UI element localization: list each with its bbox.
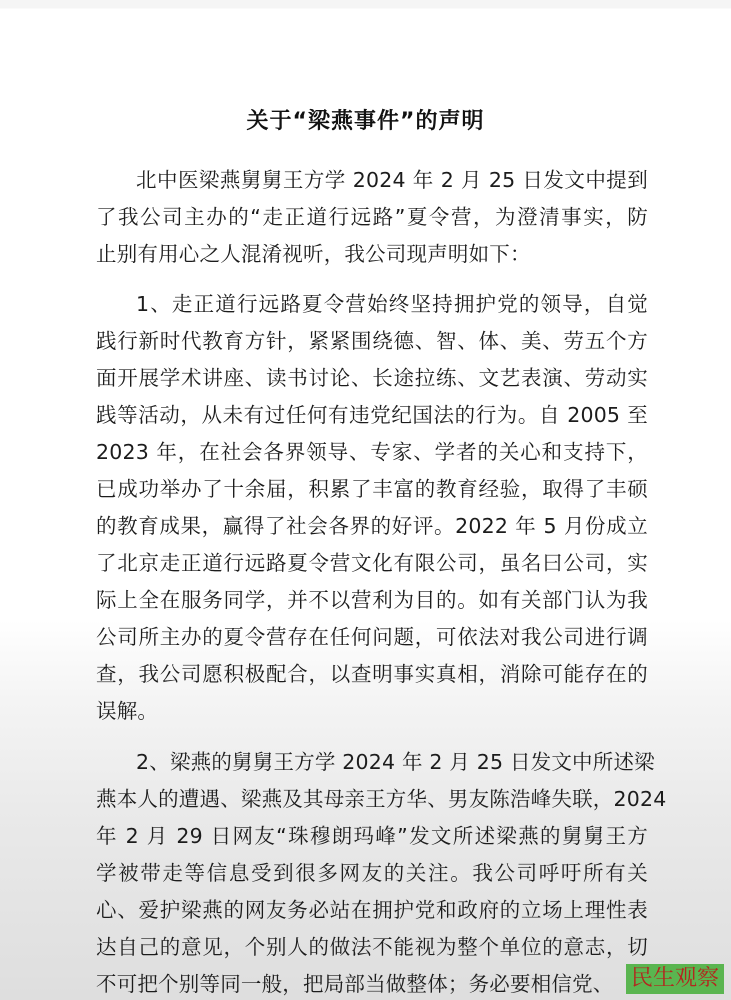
intro-line: 止别有用心之人混淆视听，我公司现声明如下： — [96, 236, 648, 273]
paragraph-line: 2023 年，在社会各界领导、专家、学者的关心和支持下， — [96, 434, 648, 471]
paragraph-line: 年 2 月 29 日网友“珠穆朗玛峰”发文所述梁燕的舅舅王方 — [96, 818, 648, 855]
intro-line: 了我公司主办的“走正道行远路”夏令营，为澄清事实，防 — [96, 199, 648, 236]
paragraph-2: 2、梁燕的舅舅王方学 2024 年 2 月 25 日发文中所述梁 燕本人的遭遇、… — [96, 744, 648, 1000]
paragraph-line: 了北京走正道行远路夏令营文化有限公司，虽名曰公司，实 — [96, 545, 648, 582]
paragraph-line: 燕本人的遭遇、梁燕及其母亲王方华、男友陈浩峰失联，2024 — [96, 781, 648, 818]
paragraph-line: 1、走正道行远路夏令营始终坚持拥护党的领导，自觉 — [96, 286, 648, 323]
paragraph-line: 心、爱护梁燕的网友务必站在拥护党和政府的立场上理性表 — [96, 892, 648, 929]
paragraph-line: 践等活动，从未有过任何有违党纪国法的行为。自 2005 至 — [96, 397, 648, 434]
paragraph-line: 误解。 — [96, 693, 648, 730]
intro-paragraph: 北中医梁燕舅舅王方学 2024 年 2 月 25 日发文中提到 了我公司主办的“… — [96, 162, 648, 273]
document-page: 关于“梁燕事件”的声明 北中医梁燕舅舅王方学 2024 年 2 月 25 日发文… — [0, 0, 731, 1000]
paragraph-line: 面开展学术讲座、读书讨论、长途拉练、文艺表演、劳动实 — [96, 360, 648, 397]
document-title: 关于“梁燕事件”的声明 — [0, 104, 731, 135]
paragraph-line: 查，我公司愿积极配合，以查明事实真相，消除可能存在的 — [96, 656, 648, 693]
watermark-badge: 民生观察 — [626, 964, 724, 994]
paragraph-line: 2、梁燕的舅舅王方学 2024 年 2 月 25 日发文中所述梁 — [96, 744, 648, 781]
paragraph-line: 学被带走等信息受到很多网友的关注。我公司呼吁所有关 — [96, 855, 648, 892]
paragraph-line: 不可把个别等同一般，把局部当做整体；务必要相信党、 — [96, 966, 648, 1000]
paragraph-line: 公司所主办的夏令营存在任何问题，可依法对我公司进行调 — [96, 619, 648, 656]
paragraph-1: 1、走正道行远路夏令营始终坚持拥护党的领导，自觉 践行新时代教育方针，紧紧围绕德… — [96, 286, 648, 730]
paragraph-line: 已成功举办了十余届，积累了丰富的教育经验，取得了丰硕 — [96, 471, 648, 508]
intro-line: 北中医梁燕舅舅王方学 2024 年 2 月 25 日发文中提到 — [96, 162, 648, 199]
paragraph-line: 际上全在服务同学，并不以营利为目的。如有关部门认为我 — [96, 582, 648, 619]
paragraph-line: 践行新时代教育方针，紧紧围绕德、智、体、美、劳五个方 — [96, 323, 648, 360]
paragraph-line: 达自己的意见，个别人的做法不能视为整个单位的意志，切 — [96, 929, 648, 966]
paragraph-line: 的教育成果，赢得了社会各界的好评。2022 年 5 月份成立 — [96, 508, 648, 545]
